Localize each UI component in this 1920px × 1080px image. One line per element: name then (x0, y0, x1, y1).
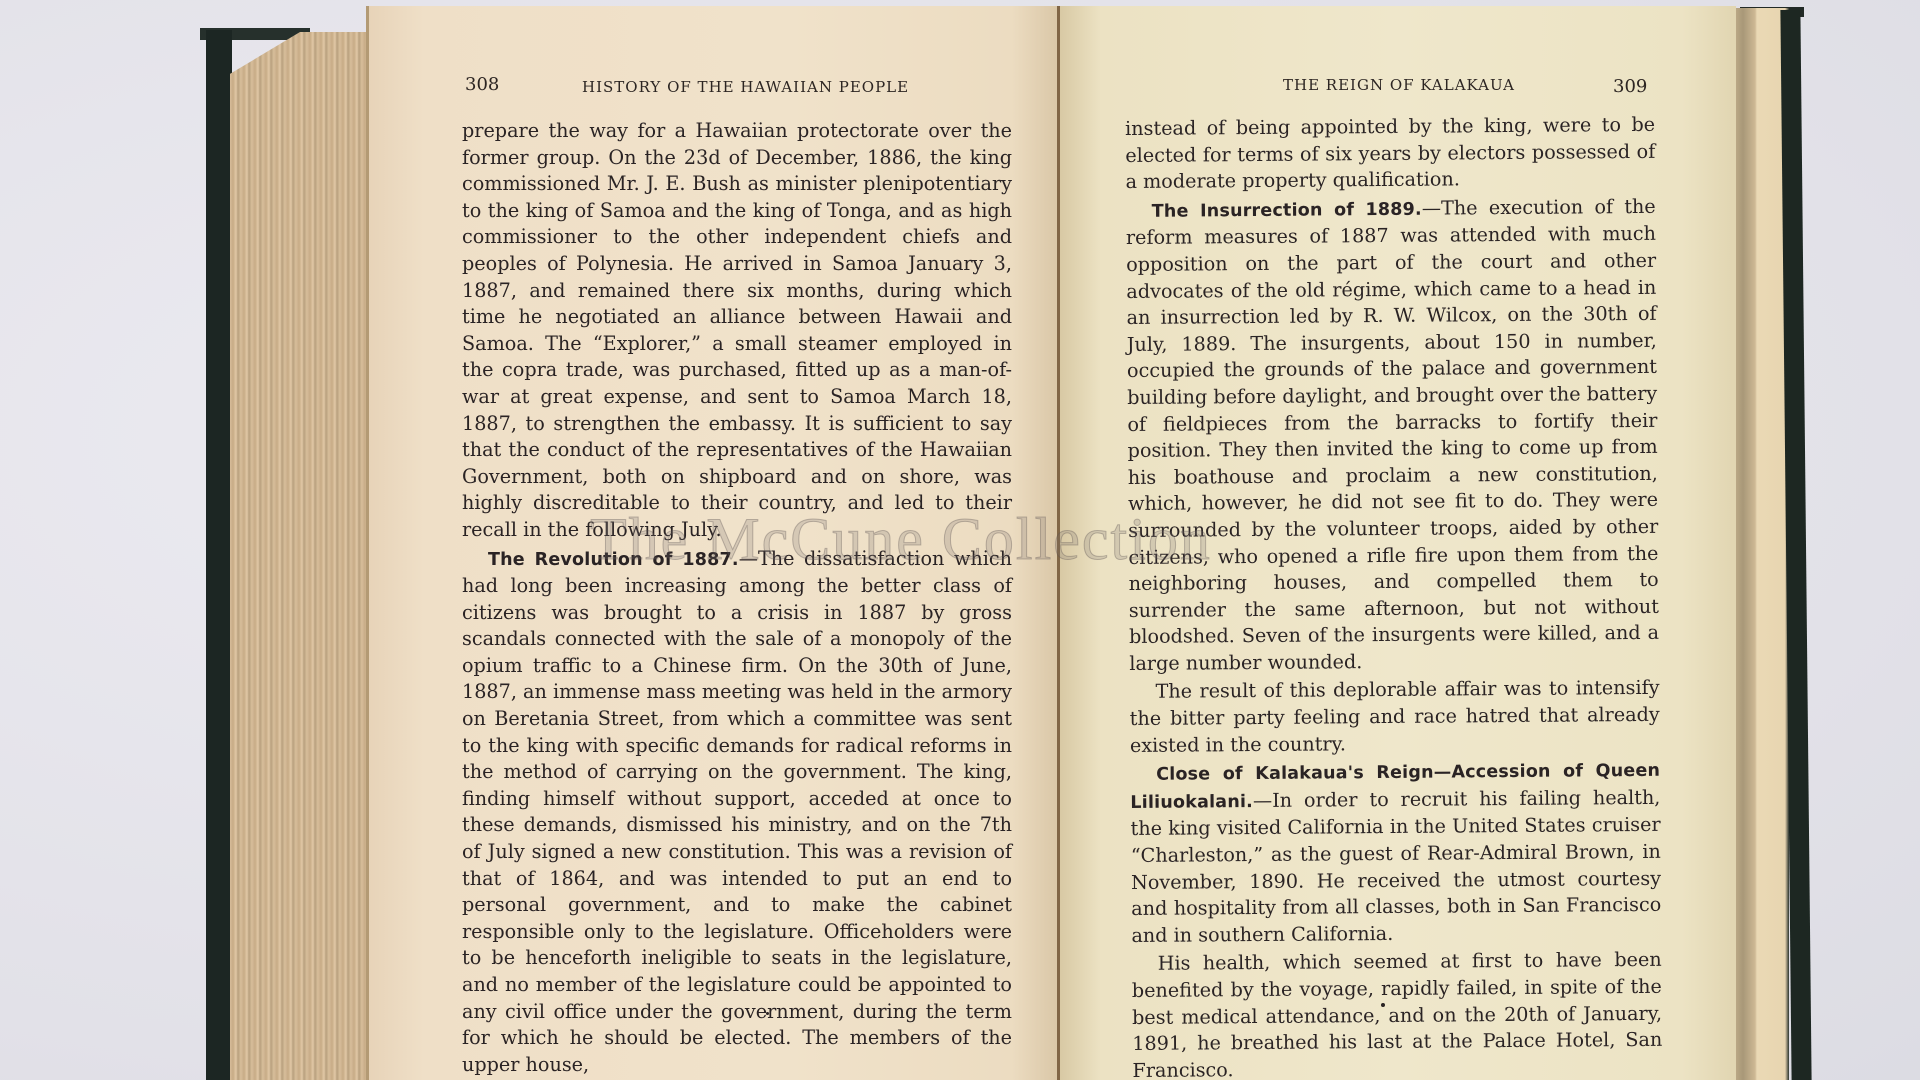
paragraph-text: His health, which seemed at first to hav… (1132, 948, 1663, 1080)
paragraph-insurrection-1889: The Insurrection of 1889.—The execution … (1126, 194, 1660, 678)
left-page-number: 308 (465, 74, 499, 95)
section-heading: The Insurrection of 1889. (1152, 199, 1422, 221)
paragraph-text: —The execution of the reform measures of… (1126, 195, 1659, 675)
left-page-text: prepare the way for a Hawaiian protector… (462, 118, 1012, 1078)
paragraph: prepare the way for a Hawaiian protector… (462, 118, 1012, 544)
section-heading: The Revolution of 1887. (488, 550, 739, 570)
paragraph-close-of-reign: Close of Kalakaua's Reign—Accession of Q… (1130, 757, 1661, 949)
paragraph: His health, which seemed at first to hav… (1132, 947, 1663, 1080)
right-running-head: THE REIGN OF KALAKAUA (1283, 76, 1515, 94)
page-speck (1381, 1003, 1385, 1007)
paragraph-text: The result of this deplorable affair was… (1130, 676, 1660, 756)
paragraph-text: —The dissatisfaction which had long been… (462, 547, 1012, 1076)
page-speck (766, 1012, 769, 1015)
paragraph-revolution-1887: The Revolution of 1887.—The dissatisfact… (462, 546, 1012, 1079)
left-running-head: HISTORY OF THE HAWAIIAN PEOPLE (582, 78, 909, 96)
paragraph-text: instead of being appointed by the king, … (1125, 113, 1655, 193)
right-page-text: instead of being appointed by the king, … (1125, 112, 1663, 1080)
book-cover-left (206, 30, 232, 1080)
paragraph: instead of being appointed by the king, … (1125, 112, 1656, 196)
page-edges-left (230, 32, 370, 1080)
right-page-number: 309 (1613, 76, 1647, 97)
page-edges-right (1733, 8, 1789, 1080)
left-page-edge (366, 6, 369, 1080)
paragraph: The result of this deplorable affair was… (1129, 675, 1660, 759)
paragraph-text: prepare the way for a Hawaiian protector… (462, 119, 1012, 541)
